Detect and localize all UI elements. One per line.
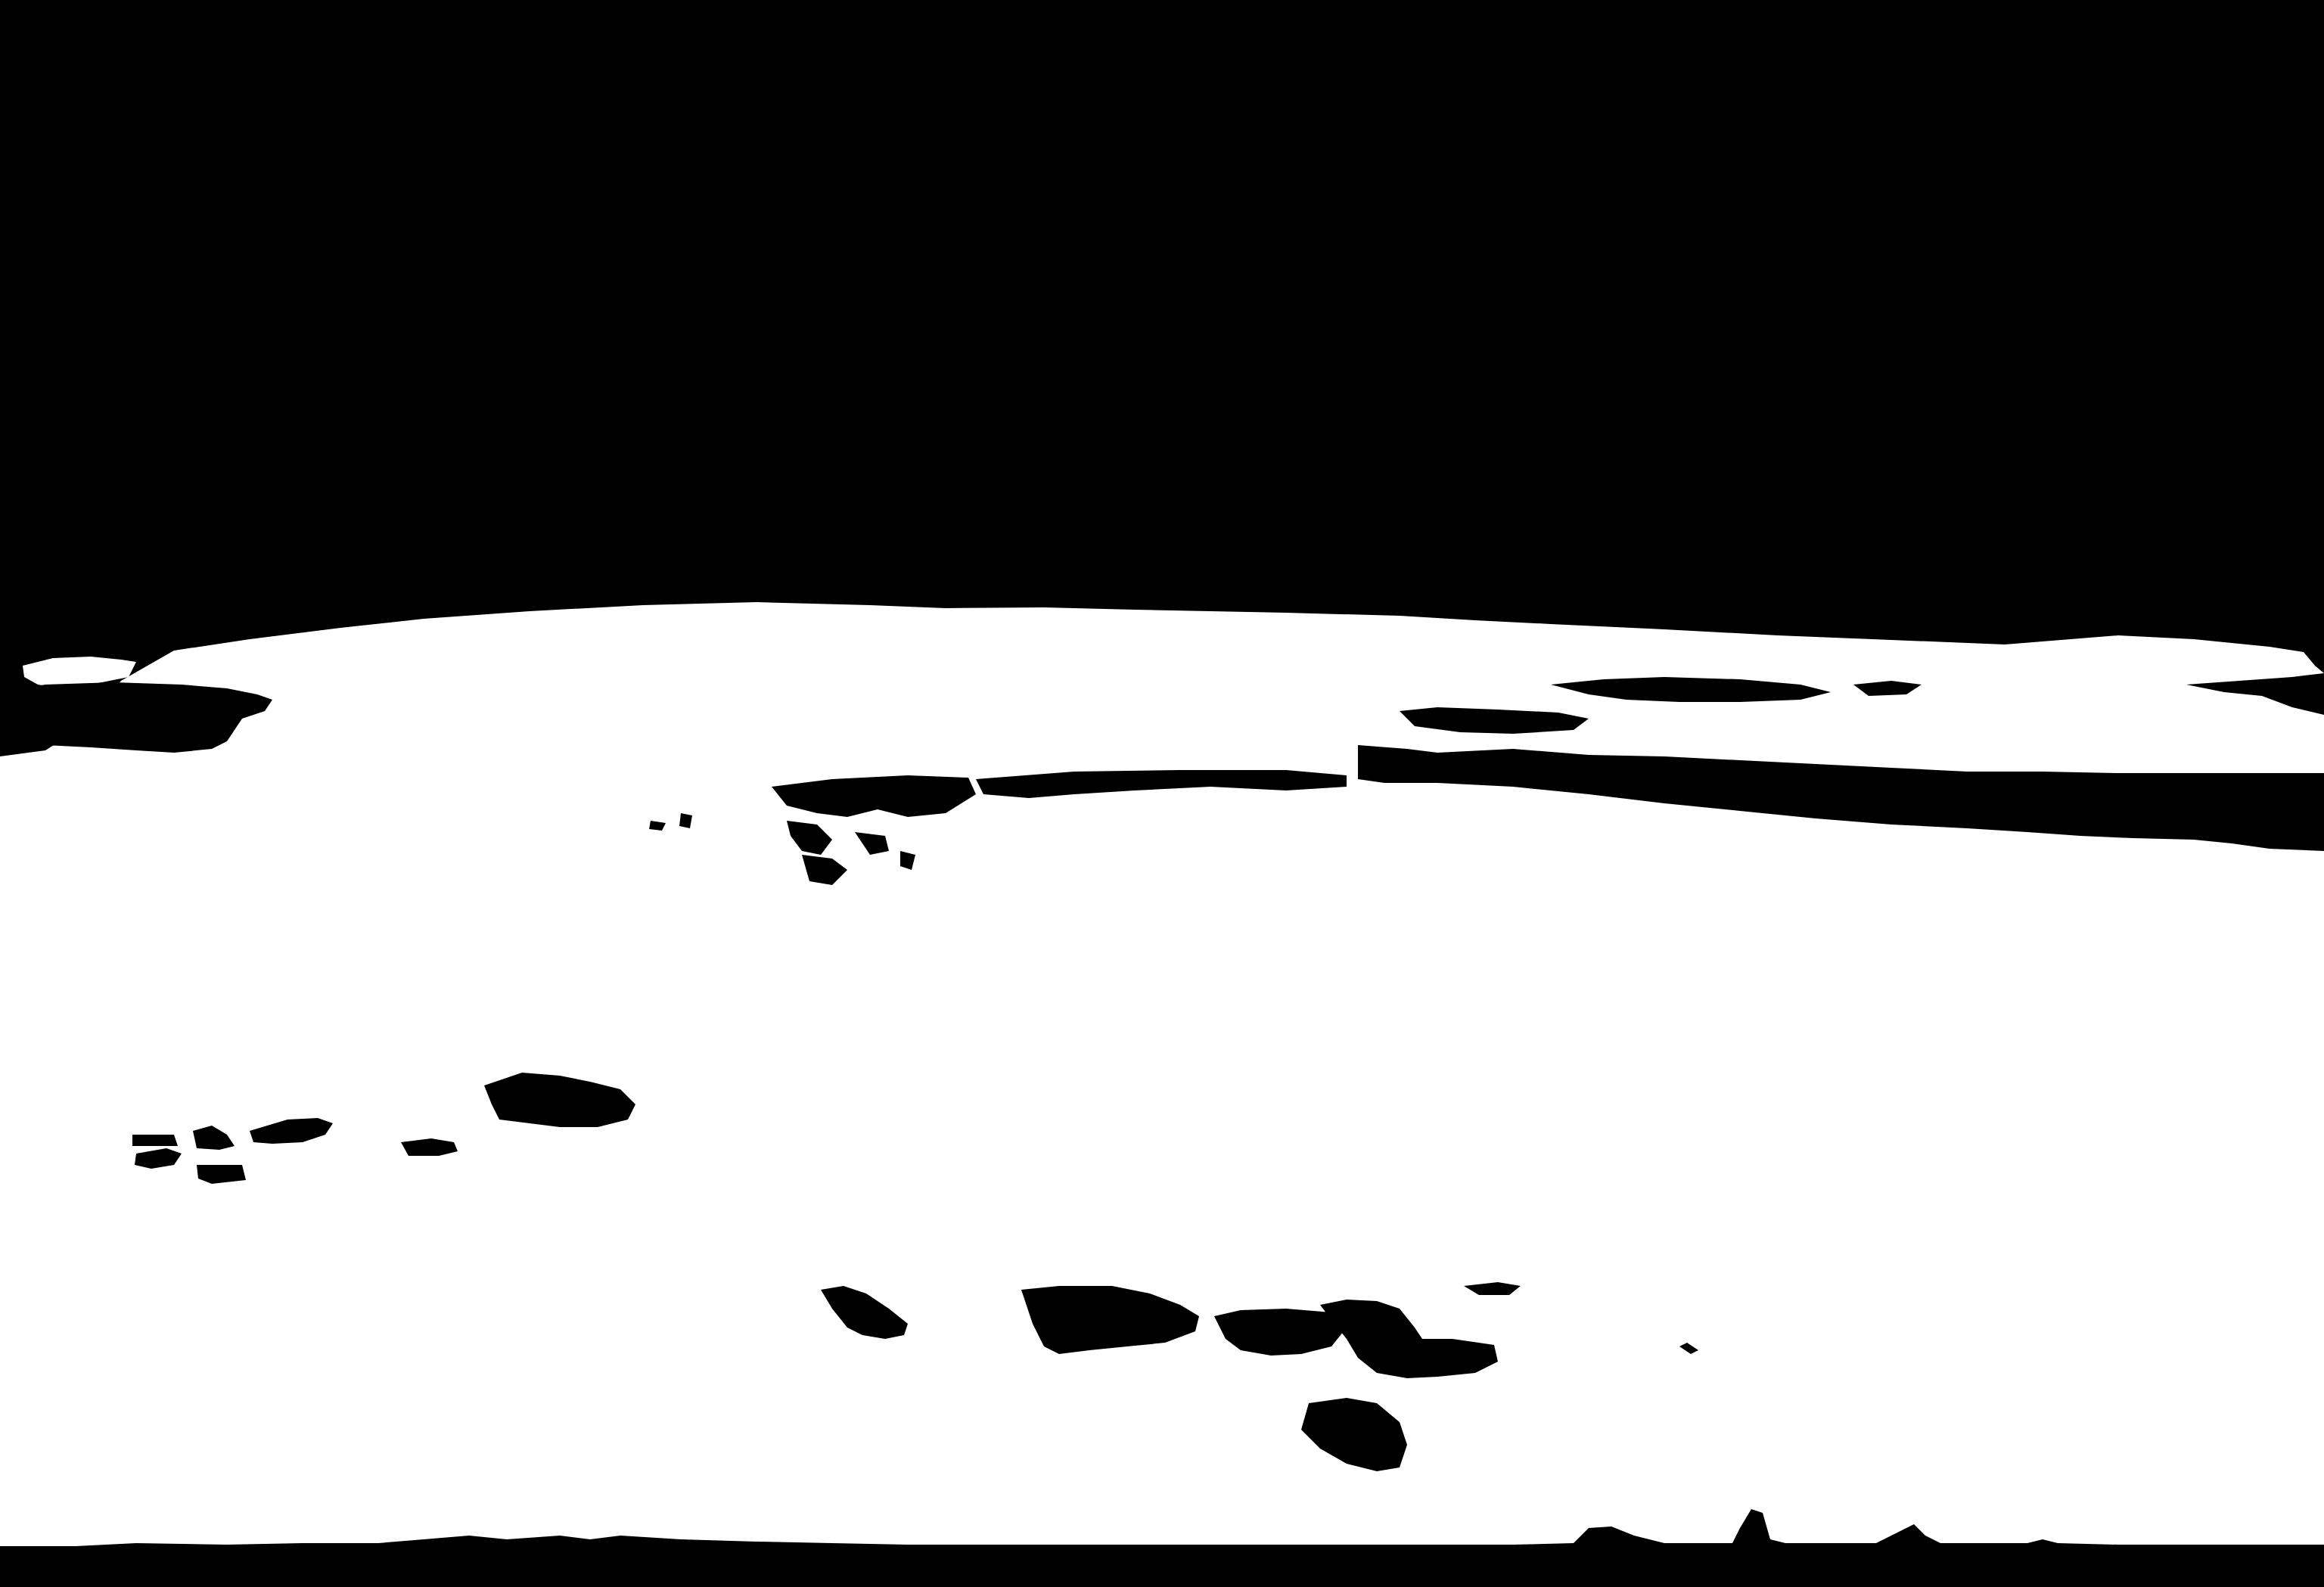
horizon-photo — [0, 0, 2324, 1587]
cloud-deck — [0, 602, 2324, 1547]
